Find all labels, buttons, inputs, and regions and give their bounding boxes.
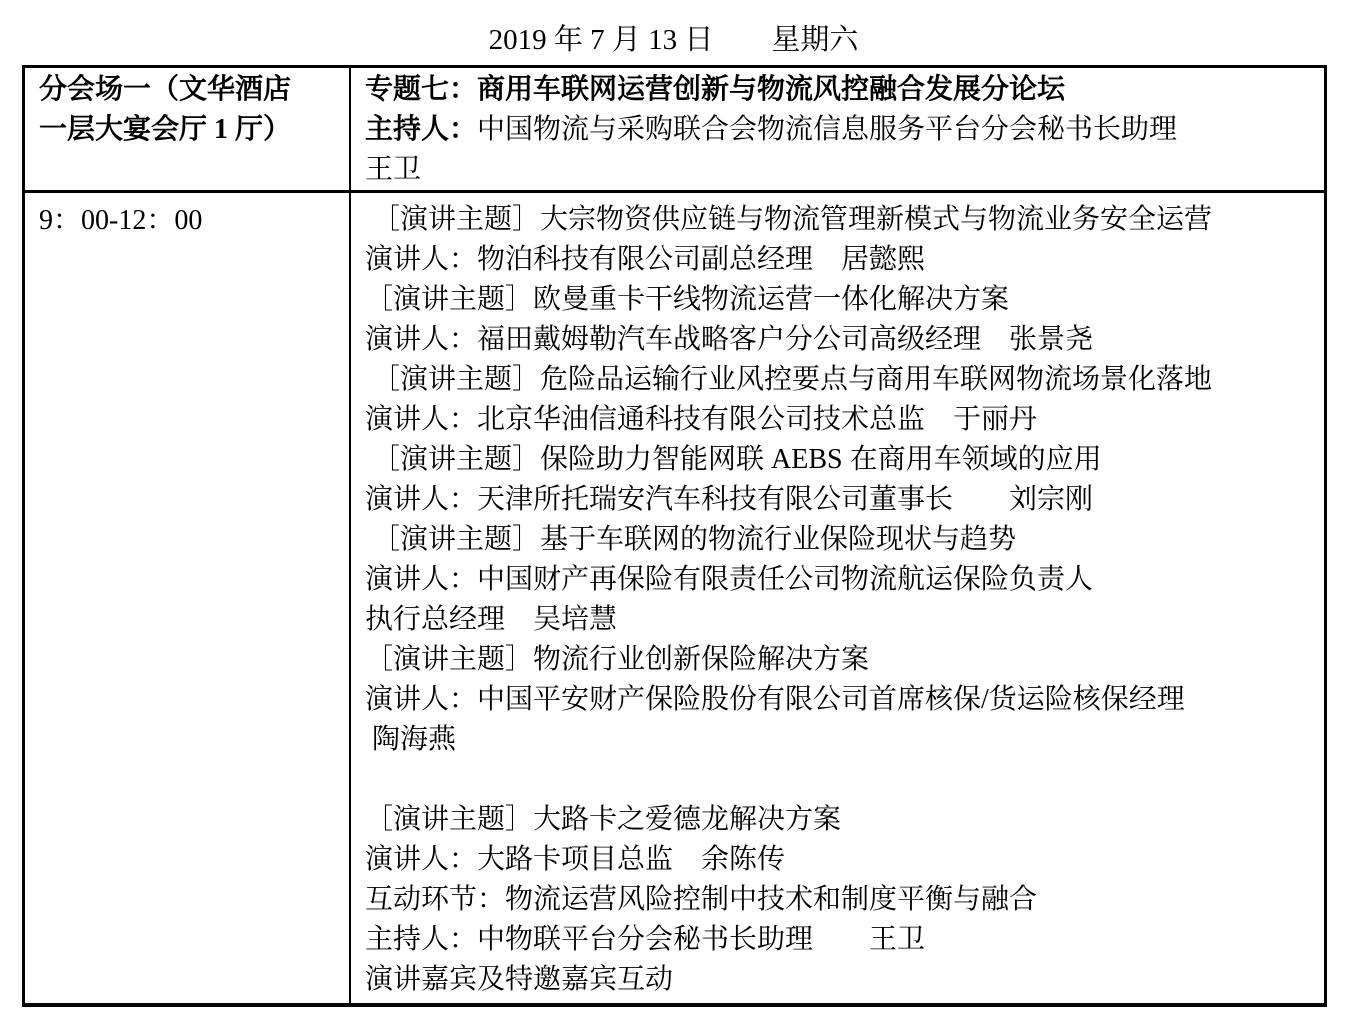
session-time: 9：00-12：00: [39, 201, 337, 241]
agenda-line: 演讲人：中国财产再保险有限责任公司物流航运保险负责人: [365, 560, 1314, 600]
agenda-cell: ［演讲主题］大宗物资供应链与物流管理新模式与物流业务安全运营 演讲人：物泊科技有…: [351, 193, 1324, 1003]
agenda-line: 演讲人：福田戴姆勒汽车战略客户分公司高级经理 张景尧: [365, 320, 1314, 360]
session-host-line: 主持人：中国物流与采购联合会物流信息服务平台分会秘书长助理: [365, 110, 1312, 150]
agenda-line: ［演讲主题］保险助力智能网联 AEBS 在商用车领域的应用: [365, 440, 1314, 480]
agenda-table: 分会场一（文华酒店 一层大宴会厅 1 厅） 专题七：商用车联网运营创新与物流风控…: [22, 65, 1327, 1007]
agenda-line: 主持人：中物联平台分会秘书长助理 王卫: [365, 920, 1314, 960]
agenda-line: 互动环节：物流运营风险控制中技术和制度平衡与融合: [365, 880, 1314, 920]
agenda-line: ［演讲主题］欧曼重卡干线物流运营一体化解决方案: [365, 280, 1314, 320]
agenda-line: 演讲人：天津所托瑞安汽车科技有限公司董事长 刘宗刚: [365, 480, 1314, 520]
agenda-line: ［演讲主题］基于车联网的物流行业保险现状与趋势: [365, 520, 1314, 560]
agenda-line: 演讲嘉宾及特邀嘉宾互动: [365, 960, 1314, 1000]
agenda-line-blank: [365, 760, 1314, 800]
host-text: 中国物流与采购联合会物流信息服务平台分会秘书长助理: [477, 114, 1177, 145]
venue-line-1: 分会场一（文华酒店: [39, 70, 337, 110]
agenda-line: 陶海燕: [365, 720, 1314, 760]
venue-cell: 分会场一（文华酒店 一层大宴会厅 1 厅）: [25, 68, 351, 193]
agenda-line: ［演讲主题］危险品运输行业风控要点与商用车联网物流场景化落地: [365, 360, 1314, 400]
time-cell: 9：00-12：00: [25, 193, 351, 1003]
host-name: 王卫: [365, 150, 1312, 190]
agenda-line: ［演讲主题］物流行业创新保险解决方案: [365, 640, 1314, 680]
host-label: 主持人：: [365, 114, 477, 145]
venue-line-2: 一层大宴会厅 1 厅）: [39, 110, 337, 150]
session-header-cell: 专题七：商用车联网运营创新与物流风控融合发展分论坛 主持人：中国物流与采购联合会…: [351, 68, 1324, 193]
agenda-line: 演讲人：北京华油信通科技有限公司技术总监 于丽丹: [365, 400, 1314, 440]
agenda-line: ［演讲主题］大宗物资供应链与物流管理新模式与物流业务安全运营: [365, 200, 1314, 240]
agenda-line: 演讲人：中国平安财产保险股份有限公司首席核保/货运险核保经理: [365, 680, 1314, 720]
agenda-line: 演讲人：大路卡项目总监 余陈传: [365, 840, 1314, 880]
date-heading: 2019 年 7 月 13 日 星期六: [0, 22, 1347, 58]
agenda-line: ［演讲主题］大路卡之爱德龙解决方案: [365, 800, 1314, 840]
agenda-line: 演讲人：物泊科技有限公司副总经理 居懿熙: [365, 240, 1314, 280]
agenda-line: 执行总经理 吴培慧: [365, 600, 1314, 640]
session-title: 专题七：商用车联网运营创新与物流风控融合发展分论坛: [365, 70, 1312, 110]
